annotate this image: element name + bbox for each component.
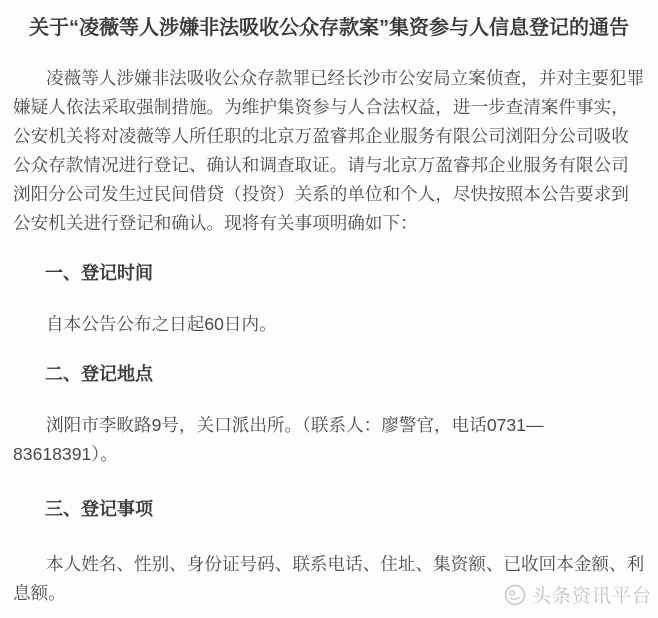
- section-heading-items: 三、登记事项: [45, 497, 645, 521]
- section-body-time: 自本公告公布之日起60日内。: [13, 310, 645, 339]
- section-registration-place: 二、登记地点 浏阳市李畋路9号，关口派出所。（联系人：廖警官，电话0731—83…: [13, 362, 645, 469]
- watermark: 头条资讯平台: [503, 581, 652, 608]
- watermark-label: 头条资讯平台: [532, 581, 652, 608]
- section-registration-time: 一、登记时间 自本公告公布之日起60日内。: [13, 261, 645, 339]
- notice-title: 关于“凌薇等人涉嫌非法吸收公众存款案”集资参与人信息登记的通告: [19, 15, 639, 41]
- notice-intro-paragraph: 凌薇等人涉嫌非法吸收公众存款罪已经长沙市公安局立案侦查，并对主要犯罪嫌疑人依法采…: [13, 64, 645, 238]
- notice-document: 关于“凌薇等人涉嫌非法吸收公众存款案”集资参与人信息登记的通告 凌薇等人涉嫌非法…: [0, 15, 658, 608]
- section-heading-place: 二、登记地点: [45, 362, 645, 386]
- section-body-place: 浏阳市李畋路9号，关口派出所。（联系人：廖警官，电话0731—83618391）…: [13, 411, 645, 469]
- section-heading-time: 一、登记时间: [45, 261, 645, 285]
- toutiao-logo-icon: [503, 583, 527, 607]
